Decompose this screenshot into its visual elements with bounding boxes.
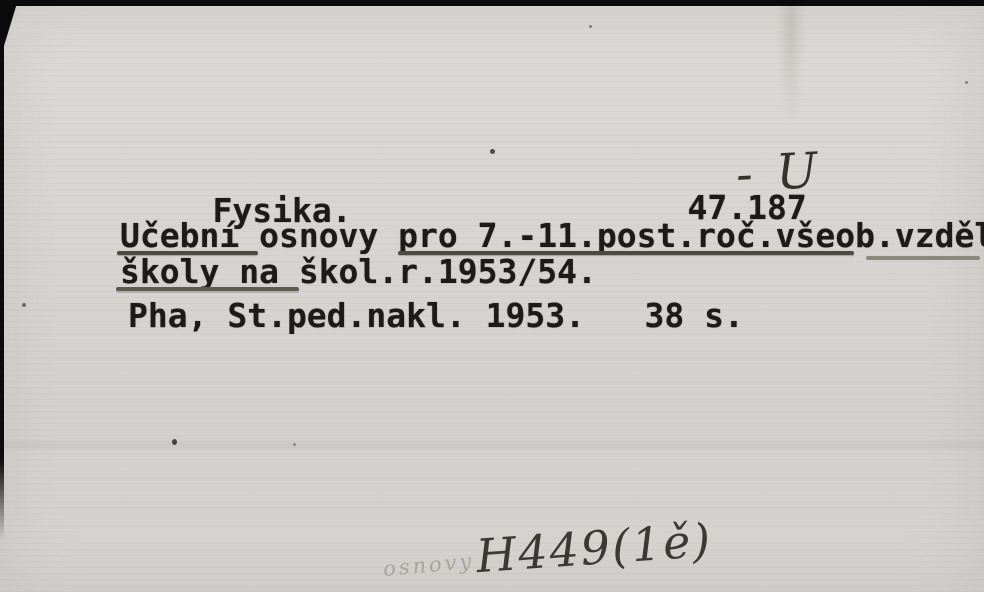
- paper-speck: [965, 81, 968, 84]
- title-line-2: školy na škol.r.1953/54.: [120, 255, 597, 289]
- paper-smudge: [778, 4, 804, 124]
- scan-edge-top: [0, 0, 984, 6]
- paper-speck: [22, 303, 26, 307]
- title-seg-skoly-na: školy na: [120, 252, 279, 291]
- title-seg-vzdel: vzděl: [895, 216, 984, 255]
- call-number-handwritten-suffix: - U: [735, 142, 823, 203]
- title-seg-osnovy: osnovy: [239, 216, 398, 255]
- shelfmark-annotation: H449(1ě): [474, 513, 713, 583]
- title-seg-pro: pro 7.-11.post.roč.všeob.: [398, 216, 895, 255]
- underline-vzdel: [866, 256, 980, 260]
- title-seg-ucebni: Učební: [120, 216, 239, 255]
- imprint-line: Pha, St.ped.nakl. 1953. 38 s.: [128, 299, 744, 333]
- pencil-annotation: osnovy: [382, 549, 475, 581]
- paper-speck: [490, 149, 495, 154]
- title-line-1: Učební osnovy pro 7.-11.post.roč.všeob.v…: [120, 219, 984, 253]
- title-seg-skol-r: škol.r.1953/54.: [279, 252, 597, 291]
- paper-speck: [589, 25, 592, 28]
- scan-corner-topleft: [0, 0, 18, 46]
- paper-crease: [0, 438, 984, 452]
- scan-edge-left: [0, 0, 4, 540]
- paper-speck: [172, 439, 177, 445]
- paper-speck: [293, 443, 296, 446]
- catalog-card: Fysika. 47.187 - U Učební osnovy pro 7.-…: [0, 0, 984, 592]
